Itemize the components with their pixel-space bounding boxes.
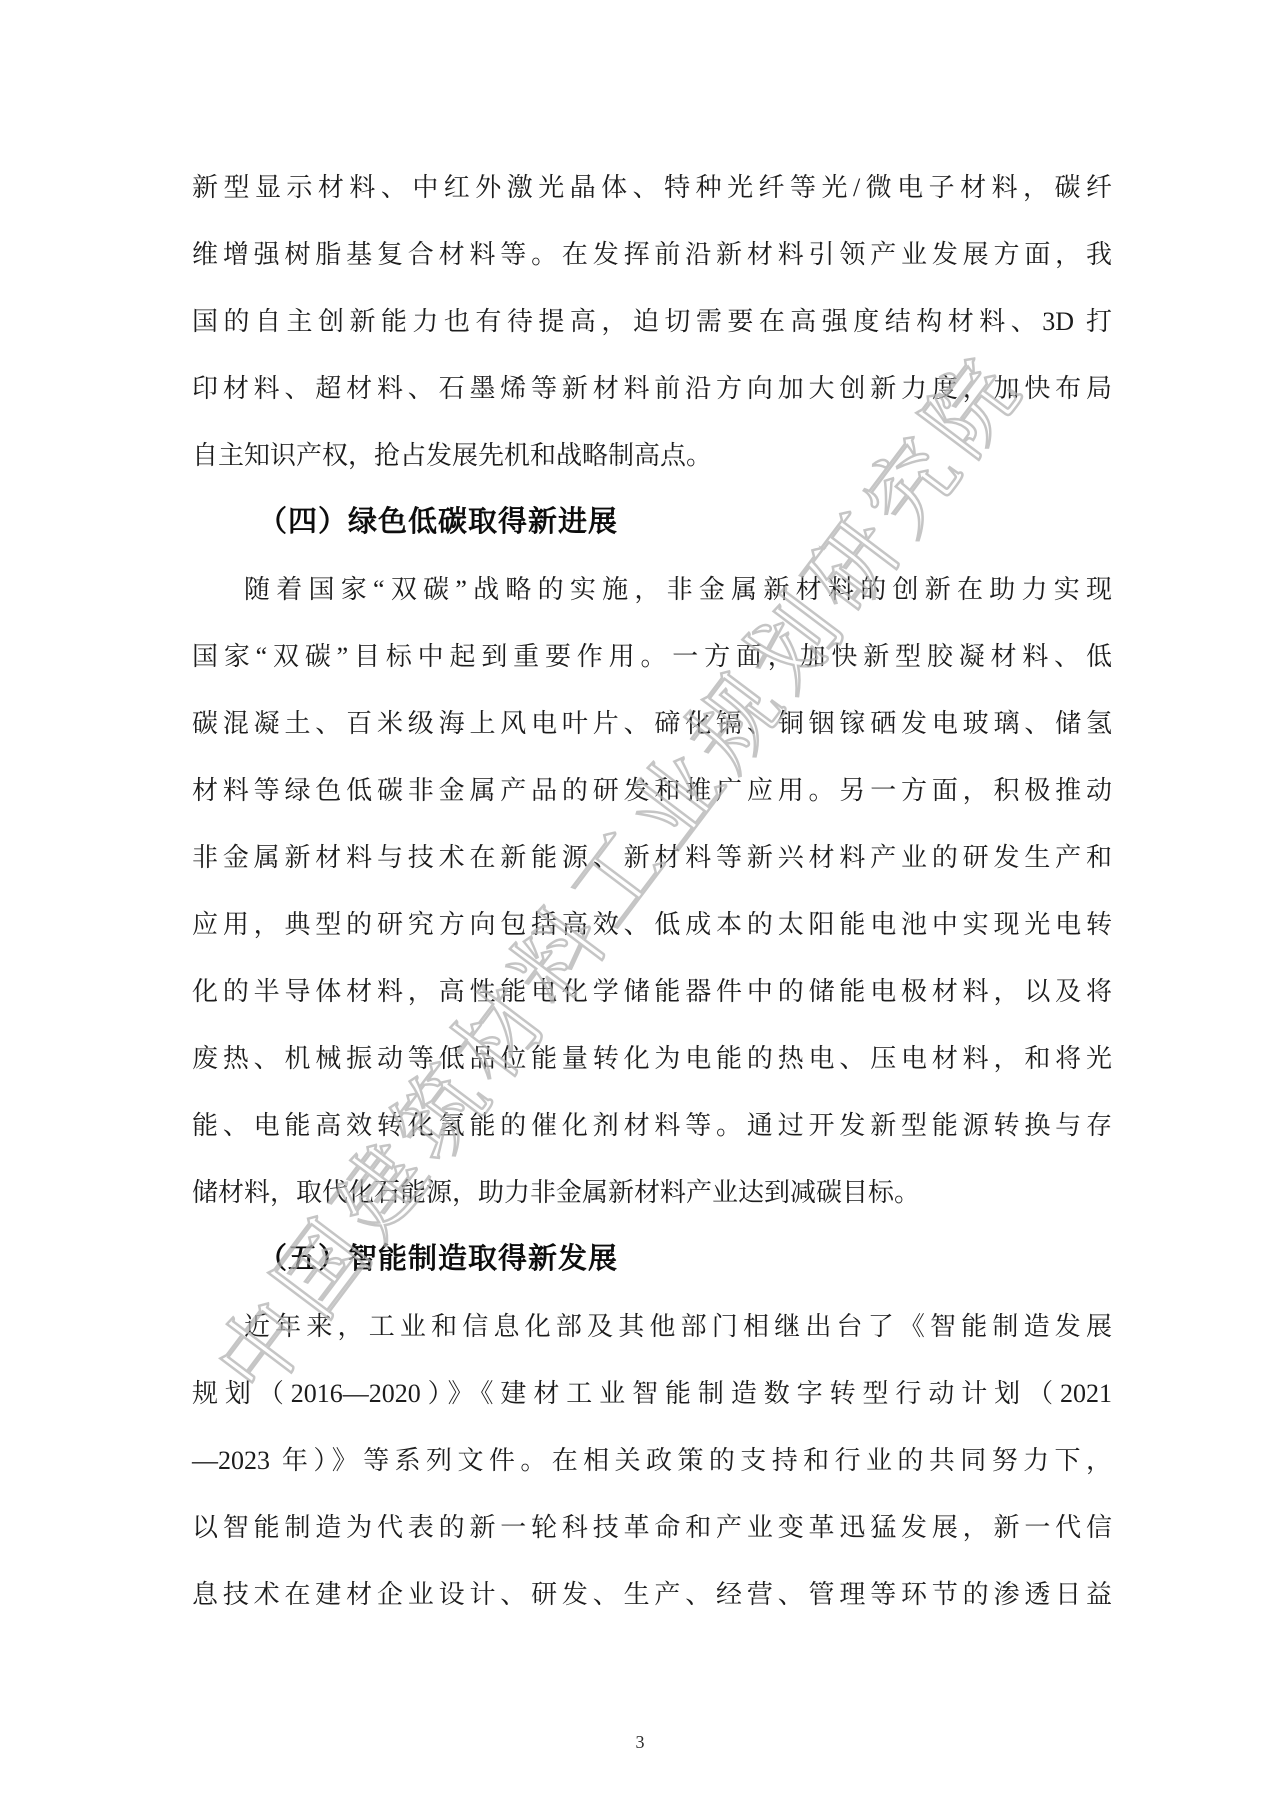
body-line: 印材料、超材料、石墨烯等新材料前沿方向加大创新力度，加快布局 xyxy=(192,355,1112,422)
body-line: 废热、机械振动等低品位能量转化为电能的热电、压电材料，和将光 xyxy=(192,1025,1112,1092)
page-number: 3 xyxy=(0,1726,1280,1758)
section-heading: （五）智能制造取得新发展 xyxy=(192,1226,1112,1293)
body-line: 国的自主创新能力也有待提高，迫切需要在高强度结构材料、3D 打 xyxy=(192,288,1112,355)
body-line: 国家“双碳”目标中起到重要作用。一方面，加快新型胶凝材料、低 xyxy=(192,623,1112,690)
document-page: 新型显示材料、中红外激光晶体、特种光纤等光/微电子材料，碳纤维增强树脂基复合材料… xyxy=(0,0,1280,1810)
body-line: 自主知识产权，抢占发展先机和战略制高点。 xyxy=(192,422,1112,489)
body-line: 随着国家“双碳”战略的实施，非金属新材料的创新在助力实现 xyxy=(192,556,1112,623)
body-line: 材料等绿色低碳非金属产品的研发和推广应用。另一方面，积极推动 xyxy=(192,757,1112,824)
body-line: 规划（2016—2020）》《建材工业智能制造数字转型行动计划（2021 xyxy=(192,1360,1112,1427)
body-line: 息技术在建材企业设计、研发、生产、经营、管理等环节的渗透日益 xyxy=(192,1561,1112,1628)
body-line: 以智能制造为代表的新一轮科技革命和产业变革迅猛发展，新一代信 xyxy=(192,1494,1112,1561)
body-line: 新型显示材料、中红外激光晶体、特种光纤等光/微电子材料，碳纤 xyxy=(192,154,1112,221)
body-line: 维增强树脂基复合材料等。在发挥前沿新材料引领产业发展方面，我 xyxy=(192,221,1112,288)
body-line: 储材料，取代化石能源，助力非金属新材料产业达到减碳目标。 xyxy=(192,1159,1112,1226)
body-line: —2023 年）》等系列文件。在相关政策的支持和行业的共同努力下， xyxy=(192,1427,1112,1494)
section-heading: （四）绿色低碳取得新进展 xyxy=(192,489,1112,556)
body-line: 应用，典型的研究方向包括高效、低成本的太阳能电池中实现光电转 xyxy=(192,891,1112,958)
body-line: 非金属新材料与技术在新能源、新材料等新兴材料产业的研发生产和 xyxy=(192,824,1112,891)
document-body: 新型显示材料、中红外激光晶体、特种光纤等光/微电子材料，碳纤维增强树脂基复合材料… xyxy=(192,154,1112,1628)
body-line: 近年来，工业和信息化部及其他部门相继出台了《智能制造发展 xyxy=(192,1293,1112,1360)
body-line: 化的半导体材料，高性能电化学储能器件中的储能电极材料，以及将 xyxy=(192,958,1112,1025)
body-line: 能、电能高效转化氢能的催化剂材料等。通过开发新型能源转换与存 xyxy=(192,1092,1112,1159)
body-line: 碳混凝土、百米级海上风电叶片、碲化镉、铜铟镓硒发电玻璃、储氢 xyxy=(192,690,1112,757)
